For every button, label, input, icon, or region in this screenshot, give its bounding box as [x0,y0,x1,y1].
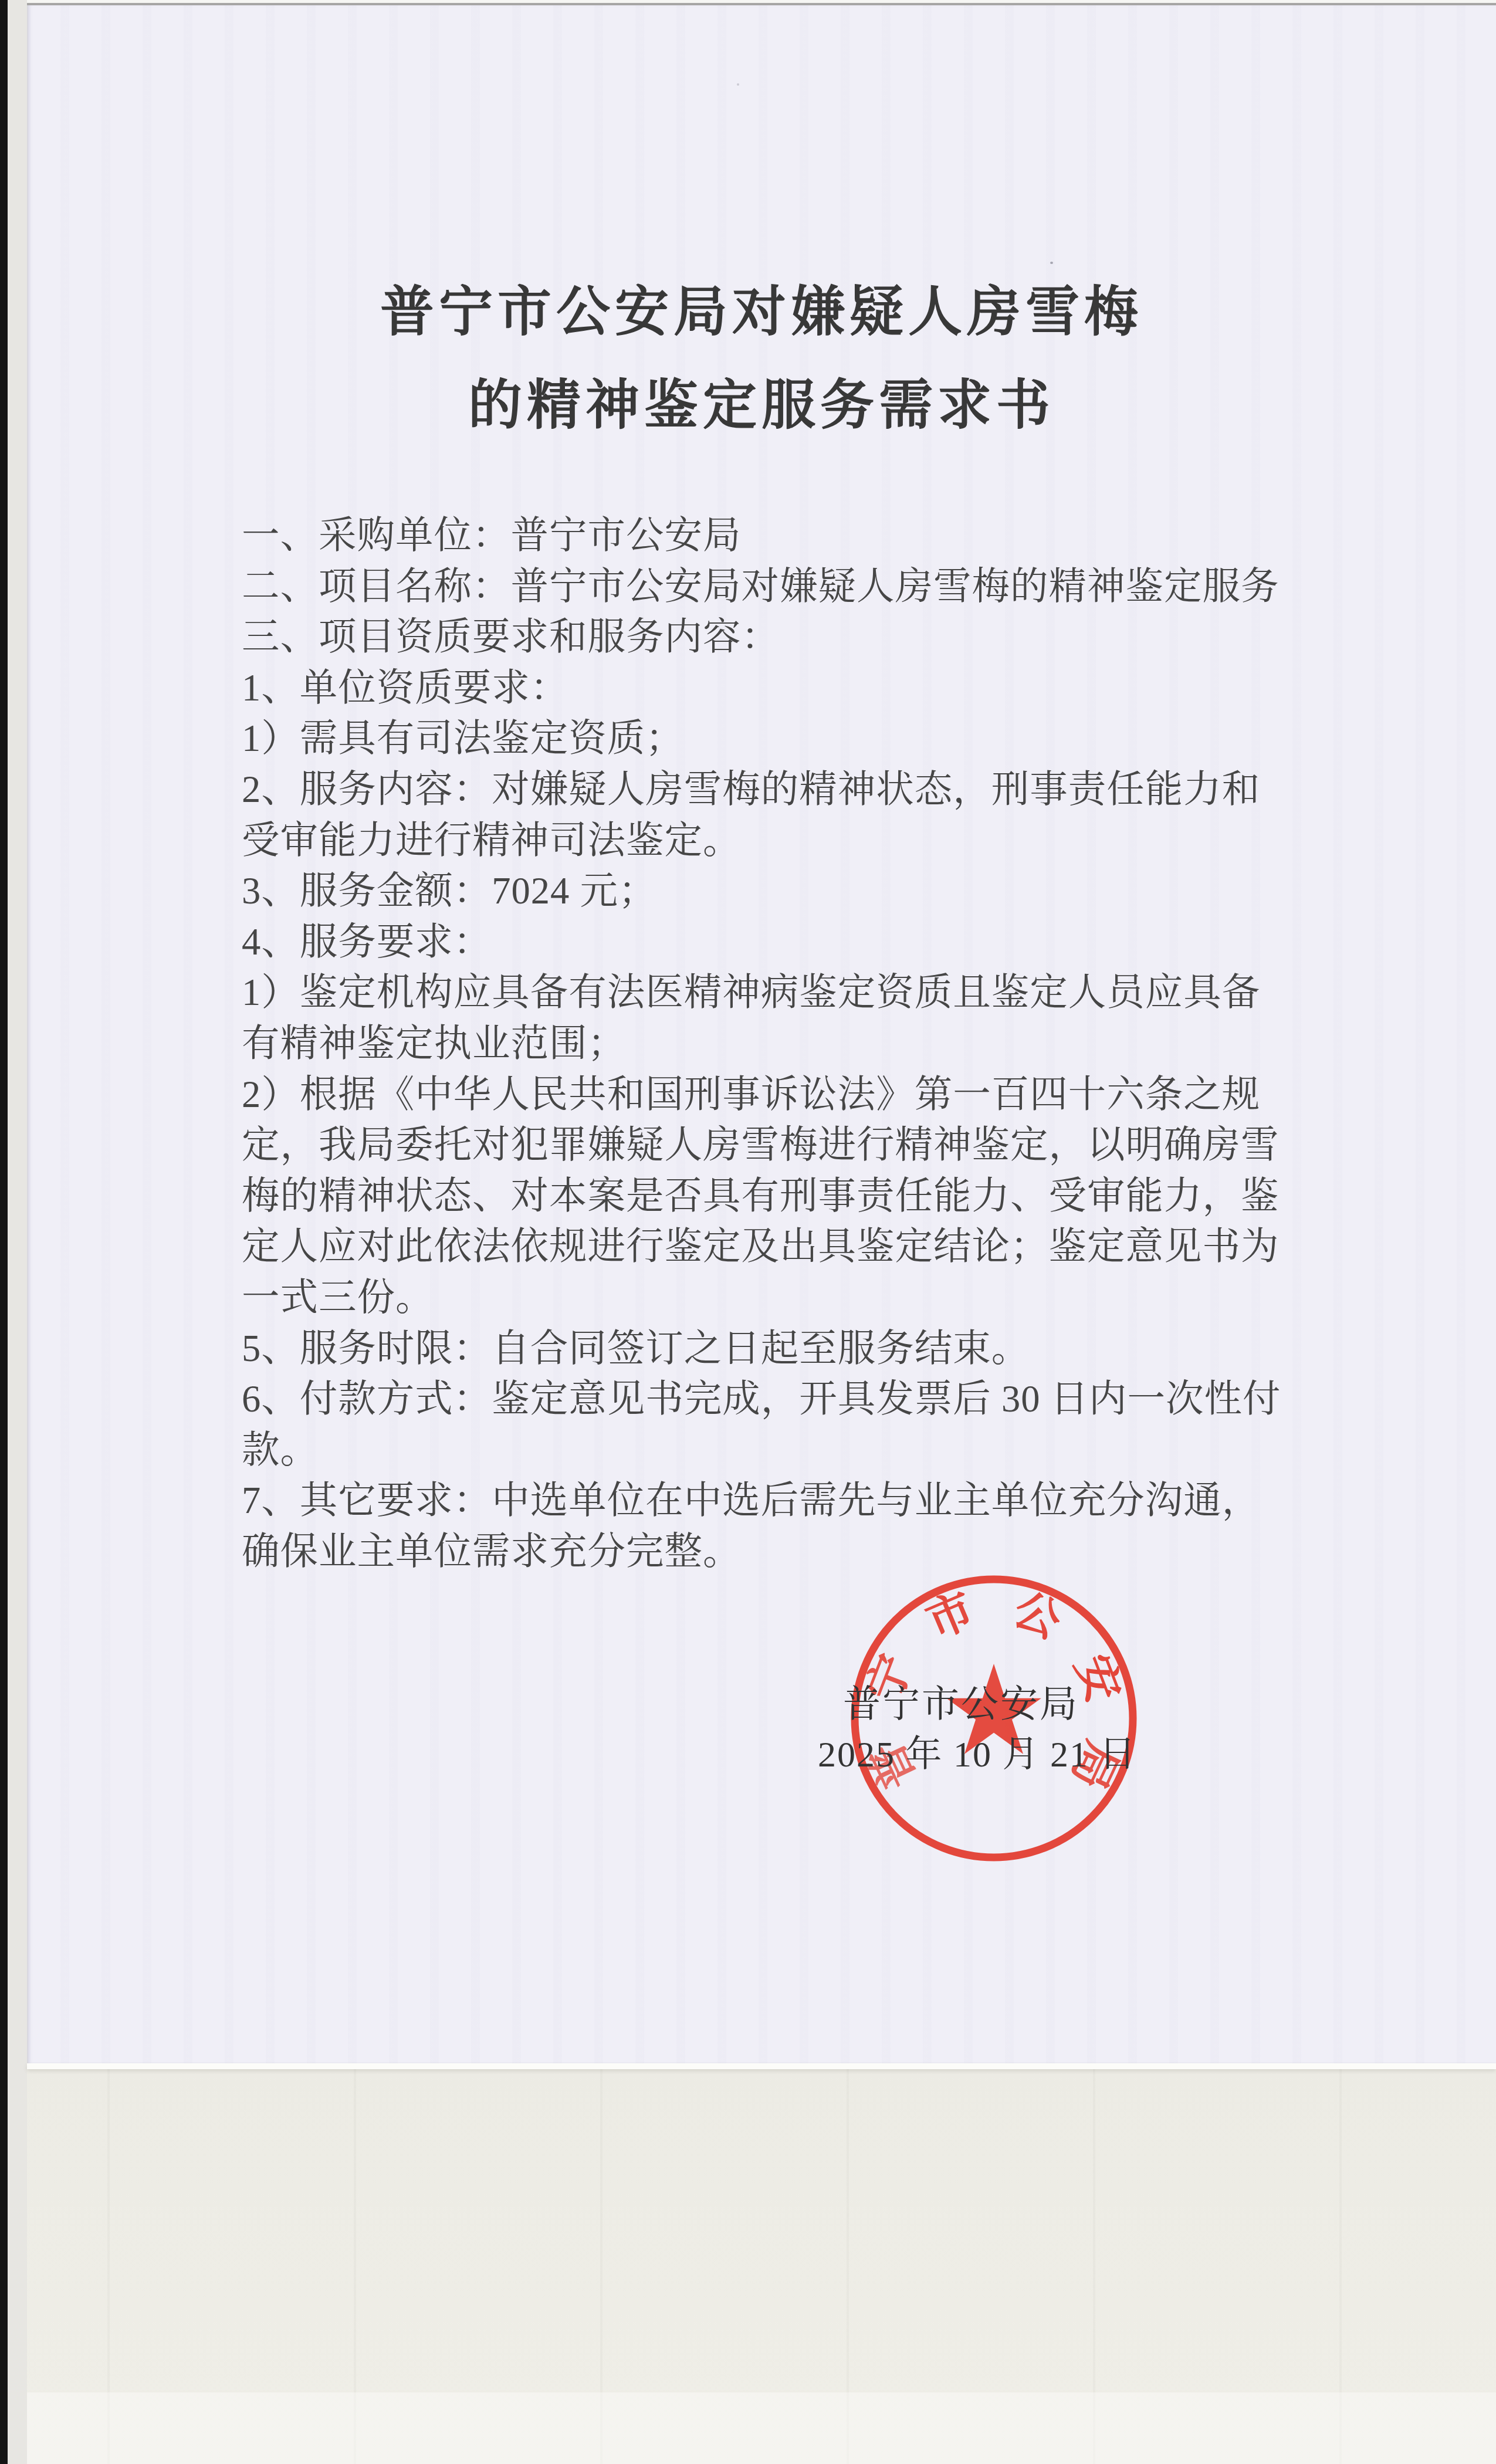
body-line: 7、其它要求：中选单位在中选后需先与业主单位充分沟通， [242,1475,1292,1527]
dust-speck [1050,262,1053,264]
scanner-background-lower [8,2069,1496,2464]
body-line: 1）鉴定机构应具备有法医精神病鉴定资质且鉴定人员应具备 [242,967,1292,1018]
scanned-document: 普宁市公安局对嫌疑人房雪梅 的精神鉴定服务需求书 一、采购单位：普宁市公安局 二… [0,0,1496,2464]
body-line: 2）根据《中华人民共和国刑事诉讼法》第一百四十六条之规 [242,1069,1292,1121]
body-line: 一式三份。 [242,1272,1292,1324]
body-line: 定，我局委托对犯罪嫌疑人房雪梅进行精神鉴定，以明确房雪 [242,1120,1292,1171]
body-line: 一、采购单位：普宁市公安局 [242,510,1292,561]
scan-edge-black-stripe [0,0,8,2464]
body-line: 6、付款方式：鉴定意见书完成，开具发票后 30 日内一次性付 [242,1374,1292,1425]
document-title-line-1: 普宁市公安局对嫌疑人房雪梅 [27,285,1496,339]
body-line: 款。 [242,1425,1292,1476]
body-line: 1、单位资质要求： [242,663,1292,714]
signature-date: 2025 年 10 月 21 日 [818,1734,1137,1776]
body-line: 1）需具有司法鉴定资质； [242,713,1292,764]
body-line: 受审能力进行精神司法鉴定。 [242,815,1292,867]
document-body: 一、采购单位：普宁市公安局 二、项目名称：普宁市公安局对嫌疑人房雪梅的精神鉴定服… [242,510,1292,1577]
dust-speck [737,83,739,86]
body-line: 3、服务金额：7024 元； [242,866,1292,917]
paper-bottom-edge [27,2063,1496,2069]
body-line: 定人应对此依法依规进行鉴定及出具鉴定结论；鉴定意见书为 [242,1221,1292,1272]
body-line: 梅的精神状态、对本案是否具有刑事责任能力、受审能力，鉴 [242,1171,1292,1222]
body-line: 4、服务要求： [242,917,1292,968]
body-line: 二、项目名称：普宁市公安局对嫌疑人房雪梅的精神鉴定服务 [242,561,1292,612]
signature-org-name: 普宁市公安局 [843,1683,1079,1726]
scanner-background-left [8,0,27,2464]
body-line: 5、服务时限：自合同签订之日起至服务结束。 [242,1324,1292,1375]
scanner-background-light-band [8,2392,1496,2464]
document-title-line-2: 的精神鉴定服务需求书 [27,378,1496,432]
body-line: 2、服务内容：对嫌疑人房雪梅的精神状态，刑事责任能力和 [242,764,1292,815]
body-line: 有精神鉴定执业范围； [242,1018,1292,1069]
body-line: 三、项目资质要求和服务内容： [242,612,1292,663]
